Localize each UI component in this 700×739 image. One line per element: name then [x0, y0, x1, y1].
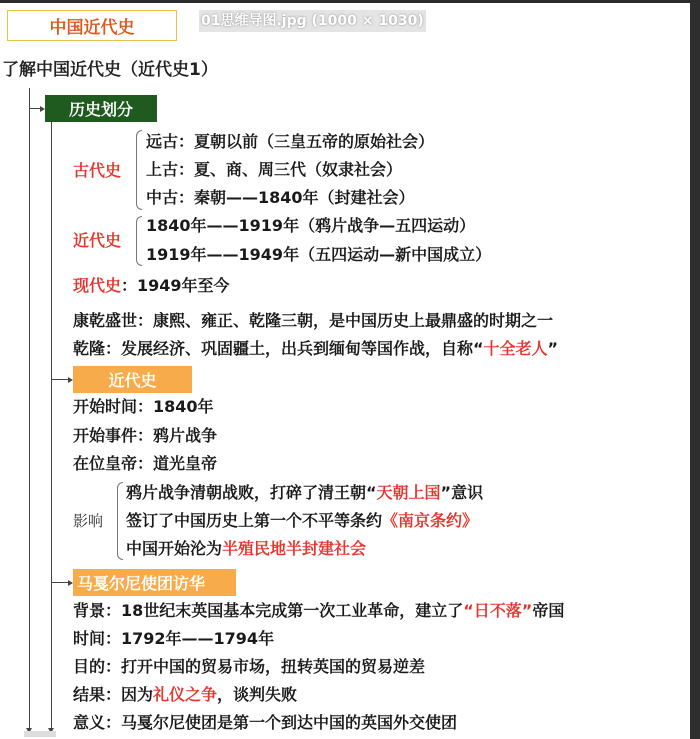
highlight: “日不落” [463, 601, 532, 620]
page-subtitle: 了解中国近代史（近代史1） [2, 55, 218, 80]
viewer-top-strip [0, 0, 700, 3]
brace [136, 130, 142, 210]
highlight: 礼仪之争 [153, 685, 217, 704]
category-impact: 影响 [73, 510, 103, 532]
outer-tree-line [29, 88, 30, 731]
time-line: 时间：1792年——1794年 [73, 628, 274, 650]
node-modern-history: 近代史 [73, 366, 192, 393]
text: ，谈判失败 [217, 685, 297, 704]
list-item: 远古：夏朝以前（三皇五帝的原始社会） [146, 131, 434, 153]
text: ”意识 [441, 483, 484, 502]
brace [117, 482, 123, 560]
branch-connector [51, 582, 69, 583]
highlight: 天朝上国 [377, 483, 441, 502]
node-macartney-mission: 马戛尔尼使团访华 [73, 569, 236, 596]
node-history-division: 历史划分 [45, 95, 157, 122]
background-line: 背景：18世纪末英国基本完成第一次工业革命，建立了“日不落”帝国 [73, 600, 564, 622]
kangqian-line: 康乾盛世：康熙、雍正、乾隆三朝，是中国历史上最鼎盛的时期之一 [73, 310, 553, 332]
category-modern: 近代史 [73, 230, 121, 252]
text: ” [548, 339, 559, 358]
start-time: 开始时间：1840年 [73, 396, 214, 418]
significance-line: 意义：马戛尔尼使团是第一个到达中国的英国外交使团 [73, 712, 457, 734]
list-item: 1840年——1919年（鸦片战争—五四运动） [146, 215, 475, 237]
highlight: 《南京条约》 [382, 511, 478, 530]
page-title: 中国近代史 [7, 10, 177, 41]
highlight: 半殖民地半封建社会 [222, 539, 366, 558]
qianlong-line: 乾隆：发展经济、巩固疆土，出兵到缅甸等国作战，自称“十全老人” [73, 338, 558, 360]
brace [136, 216, 142, 266]
list-item: 1919年——1949年（五四运动—新中国成立） [146, 244, 491, 266]
file-info-label: 01思维导图.jpg (1000 × 1030) [199, 10, 426, 32]
text: 乾隆：发展经济、巩固疆土，出兵到缅甸等国作战，自称“ [73, 339, 484, 358]
end-marker [24, 731, 56, 737]
impact-item: 鸦片战争清朝战败，打碎了清王朝“天朝上国”意识 [126, 482, 483, 504]
text: 鸦片战争清朝战败，打碎了清王朝“ [126, 483, 377, 502]
impact-item: 中国开始沦为半殖民地半封建社会 [126, 538, 366, 560]
impact-item: 签订了中国历史上第一个不平等条约《南京条约》 [126, 510, 478, 532]
text: 帝国 [532, 601, 564, 620]
highlight: 十全老人 [484, 339, 548, 358]
text: 结果：因为 [73, 685, 153, 704]
category-ancient: 古代史 [73, 160, 121, 182]
inner-tree-line [51, 122, 52, 731]
text: 签订了中国历史上第一个不平等条约 [126, 511, 382, 530]
text: 中国开始沦为 [126, 539, 222, 558]
text: 背景：18世纪末英国基本完成第一次工业革命，建立了 [73, 601, 463, 620]
result-line: 结果：因为礼仪之争，谈判失败 [73, 684, 297, 706]
emperor: 在位皇帝：道光皇帝 [73, 453, 217, 475]
list-item: 上古：夏、商、周三代（奴隶社会） [146, 159, 402, 181]
start-event: 开始事件：鸦片战争 [73, 425, 217, 447]
contemporary-line: 现代史：1949年至今 [73, 275, 230, 297]
list-item: 中古：秦朝——1840年（封建社会） [146, 187, 415, 209]
category-contemporary: 现代史 [73, 276, 121, 295]
contemporary-text: ：1949年至今 [121, 276, 230, 295]
purpose-line: 目的：打开中国的贸易市场，扭转英国的贸易逆差 [73, 656, 425, 678]
viewer-scrollbar[interactable] [690, 0, 700, 739]
branch-connector [51, 379, 69, 380]
